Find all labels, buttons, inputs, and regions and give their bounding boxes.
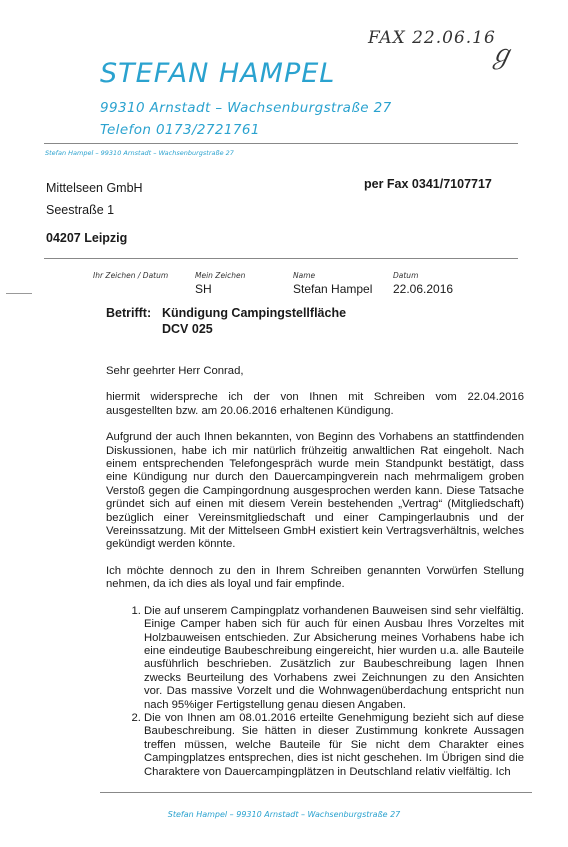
numbered-list: Die auf unserem Campingplatz vorhandenen… (106, 605, 524, 779)
footer-divider (100, 792, 532, 793)
meta-label: Name (293, 271, 372, 282)
meta-value: Stefan Hampel (293, 282, 372, 296)
meta-label: Mein Zeichen (195, 271, 245, 282)
list-item: Die auf unserem Campingplatz vorhandenen… (144, 605, 524, 712)
letter-body: Sehr geehrter Herr Conrad, hiermit wider… (106, 365, 524, 779)
paragraph: hiermit widerspreche ich der von Ihnen m… (106, 391, 524, 418)
paragraph: Aufgrund der auch Ihnen bekannten, von B… (106, 431, 524, 552)
recipient-company: Mittelseen GmbH (46, 177, 143, 199)
subject-title: Kündigung Campingstellfläche (162, 305, 462, 321)
meta-name: Name Stefan Hampel (293, 271, 372, 296)
list-item: Die von Ihnen am 08.01.2016 erteilte Gen… (144, 712, 524, 779)
handwritten-fax-note: FAX 22.06.16 (368, 28, 496, 48)
handwritten-paraph: ℊ (488, 34, 514, 71)
fold-mark (6, 293, 32, 294)
footer-address: Stefan Hampel – 99310 Arnstadt – Wachsen… (0, 810, 568, 819)
meta-value: 22.06.2016 (393, 282, 453, 296)
meta-my-ref: Mein Zeichen SH (195, 271, 245, 296)
letterhead-name: STEFAN HAMPEL (100, 58, 335, 89)
sender-return-line: Stefan Hampel – 99310 Arnstadt – Wachsen… (45, 149, 234, 157)
salutation: Sehr geehrter Herr Conrad, (106, 365, 524, 378)
subject-label: Betrifft: (106, 305, 151, 321)
recipient-address: Mittelseen GmbH Seestraße 1 04207 Leipzi… (46, 177, 143, 249)
header-divider (44, 143, 518, 144)
letterhead-phone: Telefon 0173/2721761 (100, 122, 260, 138)
meta-value: SH (195, 282, 245, 296)
delivery-method: per Fax 0341/7107717 (364, 177, 492, 191)
recipient-street: Seestraße 1 (46, 199, 143, 221)
meta-label: Datum (393, 271, 453, 282)
meta-date: Datum 22.06.2016 (393, 271, 453, 296)
letterhead-address: 99310 Arnstadt – Wachsenburgstraße 27 (100, 100, 392, 116)
subject-reference: DCV 025 (162, 321, 462, 337)
meta-label: Ihr Zeichen / Datum (93, 271, 168, 282)
recipient-city: 04207 Leipzig (46, 227, 143, 249)
address-divider (44, 258, 518, 259)
meta-your-ref: Ihr Zeichen / Datum (93, 271, 168, 282)
paragraph: Ich möchte dennoch zu den in Ihrem Schre… (106, 565, 524, 592)
